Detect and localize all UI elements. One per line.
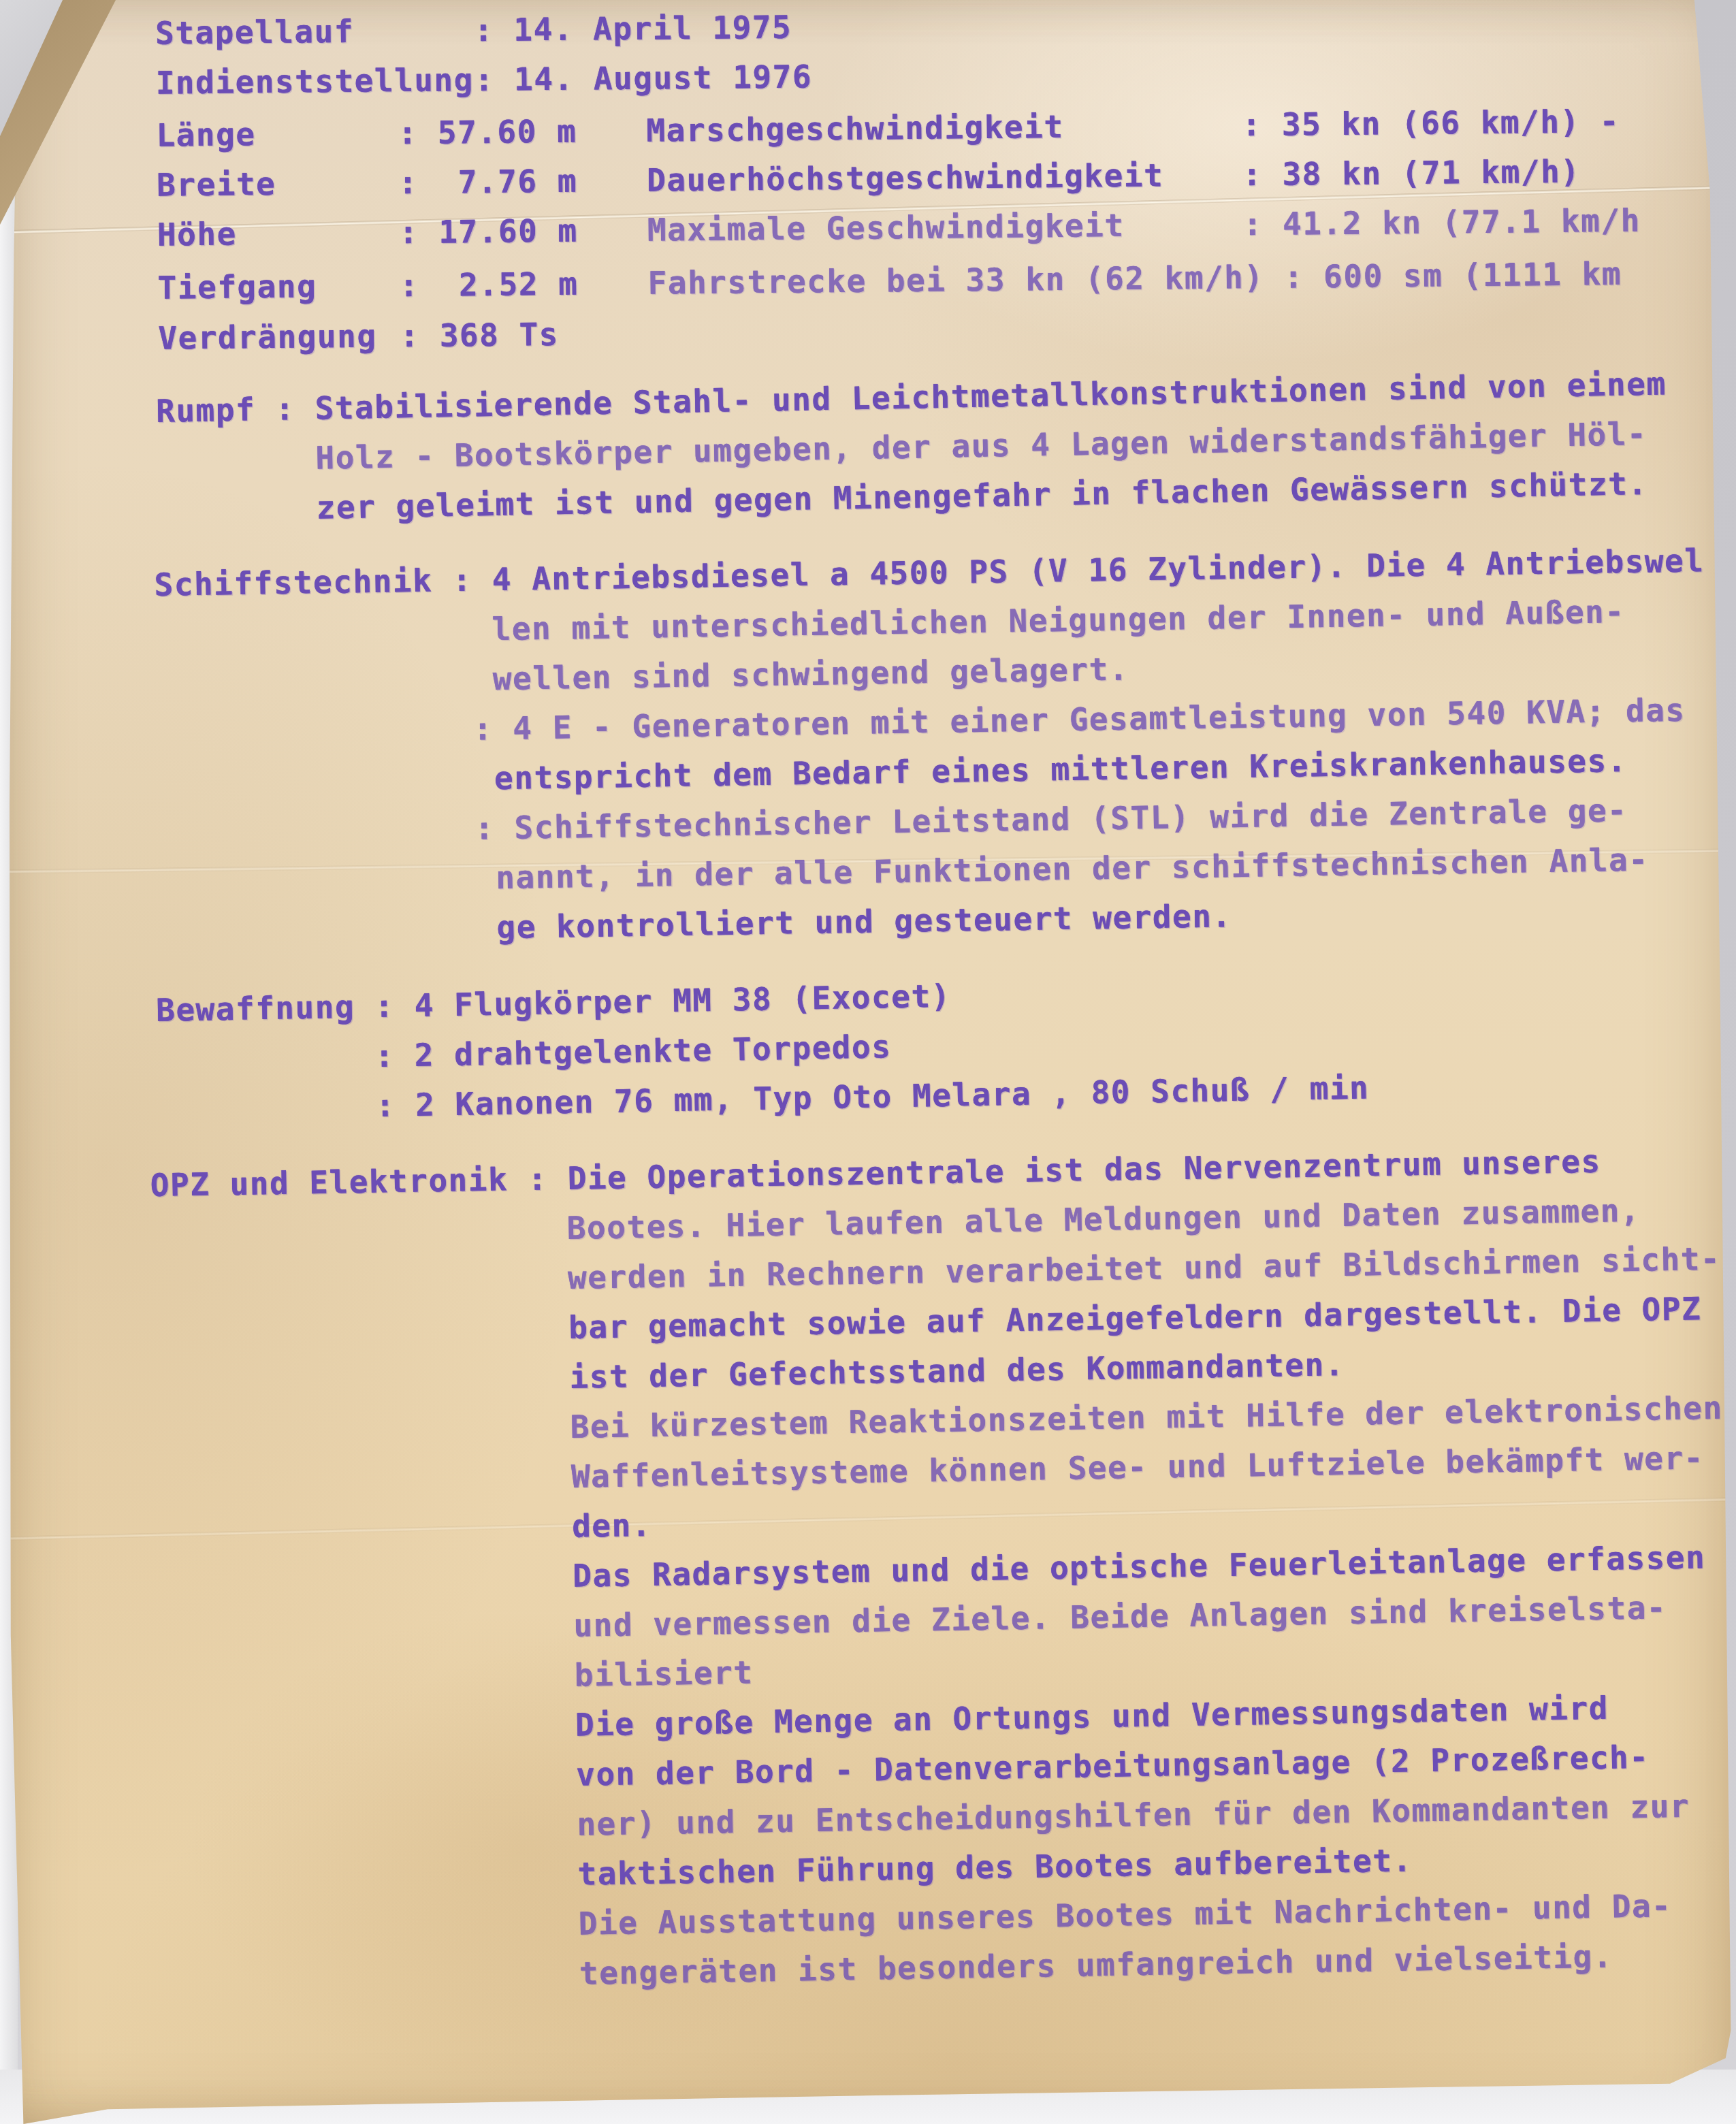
opz-line: Das Radarsystem und die optische Feuerle…	[573, 1539, 1706, 1594]
opz-line: Bootes. Hier laufen alle Meldungen und D…	[566, 1193, 1640, 1246]
opz-line: Waffenleitsysteme können See- und Luftzi…	[570, 1440, 1704, 1494]
opz-line: werden in Rechnern verarbeitet und auf B…	[568, 1241, 1721, 1296]
opz-line: Die große Menge an Ortungs und Vermessun…	[575, 1690, 1609, 1743]
opz-line: Bei kürzestem Reaktionszeiten mit Hilfe …	[570, 1390, 1723, 1445]
opz-line: und vermessen die Ziele. Beide Anlagen s…	[573, 1590, 1667, 1643]
opz-line: bar gemacht sowie auf Anzeigefeldern dar…	[568, 1291, 1702, 1345]
paper-sheet: Stapellauf : 14. April 1975 Indienststel…	[0, 0, 1736, 2124]
section-opz-elektronik: OPZ und Elektronik : Die Operationszentr…	[0, 0, 1736, 2124]
opz-line: von der Bord - Datenverarbeitungsanlage …	[576, 1739, 1650, 1792]
opz-line: bilisiert	[574, 1654, 754, 1692]
opz-line: den.	[572, 1507, 652, 1544]
opz-line: ner) und zu Entscheidungshilfen für den …	[577, 1788, 1690, 1842]
opz-line: OPZ und Elektronik : Die Operationszentr…	[150, 1144, 1601, 1203]
opz-line: ist der Gefechtsstand des Kommandanten.	[569, 1347, 1345, 1395]
scanned-document: Stapellauf : 14. April 1975 Indienststel…	[0, 0, 1736, 2124]
opz-line: tengeräten ist besonders umfangreich und…	[579, 1939, 1613, 1991]
opz-line: Die Ausstattung unseres Bootes mit Nachr…	[578, 1888, 1671, 1942]
opz-line: taktischen Führung des Bootes aufbereite…	[577, 1842, 1413, 1891]
